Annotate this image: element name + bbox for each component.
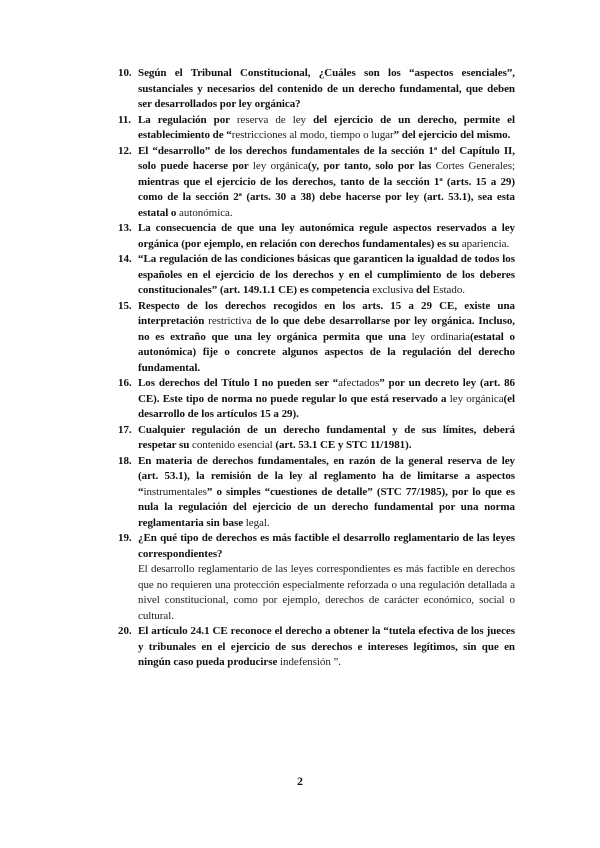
text-segment: Estado. [433,284,465,296]
text-segment: Los derechos del Título I no pueden ser … [138,377,338,389]
text-segment: ¿En qué tipo de derechos es más factible… [138,532,515,560]
list-item: 18.En materia de derechos fundamentales,… [118,454,515,532]
text-segment: (art. 53.1 CE y STC 11/1981). [275,439,411,451]
text-segment: contenido esencial [192,439,275,451]
text-segment: Según el Tribunal Constitucional, ¿Cuále… [138,67,515,110]
item-number: 13. [118,221,132,237]
list-item: 13.La consecuencia de que una ley autonó… [118,221,515,252]
list-item: 10.Según el Tribunal Constitucional, ¿Cu… [118,66,515,113]
text-segment: El desarrollo reglamentario de las leyes… [138,563,515,622]
list-item: 16.Los derechos del Título I no pueden s… [118,376,515,423]
item-number: 10. [118,66,132,82]
text-segment: La regulación por [138,114,237,126]
text-segment: restricciones al modo, tiempo o lugar [232,129,394,141]
text-segment: ley orgánica [450,393,504,405]
text-segment: instrumentales [143,486,206,498]
text-segment: apariencia. [462,238,509,250]
text-segment: (y, por tanto, solo por las [308,160,436,172]
text-segment: reserva de ley [237,114,313,126]
item-number: 18. [118,454,132,470]
list-item: 14.“La regulación de las condiciones bás… [118,252,515,299]
text-segment: Cortes Generales; [436,160,515,172]
list-item: 11.La regulación por reserva de ley del … [118,113,515,144]
document-page: 10.Según el Tribunal Constitucional, ¿Cu… [0,0,600,848]
text-segment: ” del ejercicio del mismo. [394,129,511,141]
text-segment: exclusiva [372,284,416,296]
item-number: 11. [118,113,131,129]
text-segment: La consecuencia de que una ley autonómic… [138,222,515,250]
page-number: 2 [0,774,600,789]
item-number: 12. [118,144,132,160]
list-item: 19.¿En qué tipo de derechos es más facti… [118,531,515,624]
question-list: 10.Según el Tribunal Constitucional, ¿Cu… [118,66,515,671]
text-segment: ley ordinaria [412,331,470,343]
list-item: 15.Respecto de los derechos recogidos en… [118,299,515,377]
text-segment: del [416,284,433,296]
item-number: 14. [118,252,132,268]
text-segment: restrictiva [208,315,255,327]
item-number: 15. [118,299,132,315]
list-item: 17.Cualquier regulación de un derecho fu… [118,423,515,454]
item-number: 20. [118,624,132,640]
list-item: 20.El artículo 24.1 CE reconoce el derec… [118,624,515,671]
item-number: 17. [118,423,132,439]
text-segment: indefensión ”. [280,656,341,668]
list-item: 12.El “desarrollo” de los derechos funda… [118,144,515,222]
text-segment: afectados [338,377,379,389]
item-number: 19. [118,531,132,547]
text-segment: ley orgánica [253,160,308,172]
text-segment: autonómica. [179,207,233,219]
text-segment: legal. [246,517,270,529]
item-number: 16. [118,376,132,392]
